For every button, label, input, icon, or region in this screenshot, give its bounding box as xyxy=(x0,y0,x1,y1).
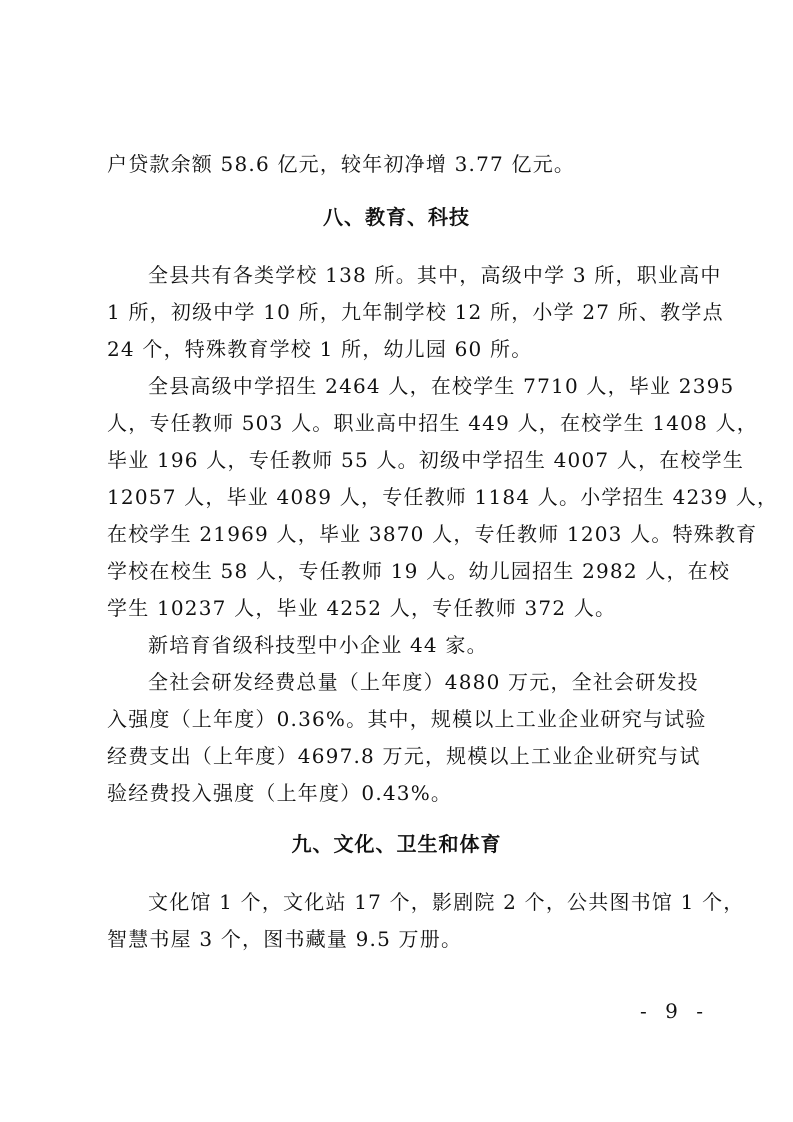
text-line: 入强度（上年度）0.36%。其中，规模以上工业企业研究与试验 xyxy=(107,707,693,731)
text-line: 人，专任教师 503 人。职业高中招生 449 人，在校学生 1408 人， xyxy=(107,411,693,435)
text-line: 文化馆 1 个，文化站 17 个，影剧院 2 个，公共图书馆 1 个， xyxy=(148,890,693,914)
text-line: 新培育省级科技型中小企业 44 家。 xyxy=(148,633,693,657)
text-line: 全县共有各类学校 138 所。其中，高级中学 3 所，职业高中 xyxy=(148,263,693,287)
page-number: - 9 - xyxy=(640,999,709,1023)
text-line: 1 所，初级中学 10 所，九年制学校 12 所，小学 27 所、教学点 xyxy=(107,300,693,324)
text-line: 验经费投入强度（上年度）0.43%。 xyxy=(107,781,693,805)
text-line: 经费支出（上年度）4697.8 万元，规模以上工业企业研究与试 xyxy=(107,744,693,768)
text-line: 学生 10237 人，毕业 4252 人，专任教师 372 人。 xyxy=(107,596,693,620)
text-line: 全社会研发经费总量（上年度）4880 万元，全社会研发投 xyxy=(148,670,693,694)
text-line: 毕业 196 人，专任教师 55 人。初级中学招生 4007 人，在校学生 xyxy=(107,448,693,472)
text-line: 智慧书屋 3 个，图书藏量 9.5 万册。 xyxy=(107,927,693,951)
text-line: 12057 人，毕业 4089 人，专任教师 1184 人。小学招生 4239 … xyxy=(107,485,693,509)
text-line: 户贷款余额 58.6 亿元，较年初净增 3.77 亿元。 xyxy=(107,152,693,176)
section-heading-education: 八、教育、科技 xyxy=(0,205,793,229)
text-line: 在校学生 21969 人，毕业 3870 人，专任教师 1203 人。特殊教育 xyxy=(107,522,693,546)
text-line: 24 个，特殊教育学校 1 所，幼儿园 60 所。 xyxy=(107,337,693,361)
section-heading-culture: 九、文化、卫生和体育 xyxy=(0,832,793,856)
text-line: 全县高级中学招生 2464 人，在校学生 7710 人，毕业 2395 xyxy=(148,374,693,398)
text-line: 学校在校生 58 人，专任教师 19 人。幼儿园招生 2982 人，在校 xyxy=(107,559,693,583)
